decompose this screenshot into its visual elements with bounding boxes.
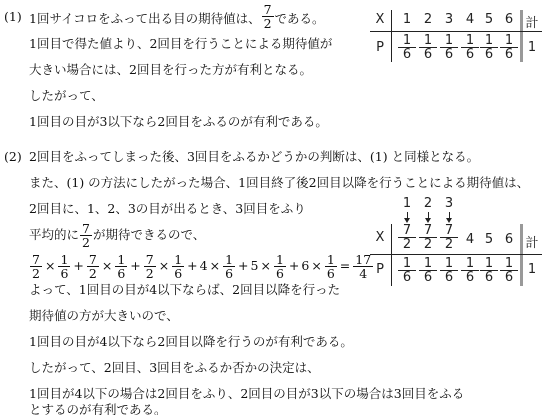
x-value: 5 — [480, 232, 498, 247]
p-value: 16 — [480, 257, 498, 284]
p-value: 16 — [461, 257, 479, 284]
divider — [520, 224, 523, 286]
x-value: 72 — [398, 224, 416, 251]
probability-table-2: 1 2 3 X P 72 72 72 4 5 6 計 16 16 16 16 1… — [0, 0, 542, 415]
p-value: 16 — [419, 257, 437, 284]
total-value: 1 — [526, 262, 538, 277]
divider — [370, 254, 542, 255]
arrow-label: 2 — [419, 196, 437, 211]
p-header: P — [371, 262, 389, 277]
x-header: X — [371, 230, 389, 245]
p-value: 16 — [440, 257, 458, 284]
x-value: 6 — [500, 232, 518, 247]
arrow-label: 3 — [440, 196, 458, 211]
total-header: 計 — [524, 232, 540, 251]
p-value: 16 — [398, 257, 416, 284]
divider — [391, 224, 392, 286]
x-value: 72 — [440, 224, 458, 251]
x-value: 4 — [461, 232, 479, 247]
x-value: 72 — [419, 224, 437, 251]
arrow-label: 1 — [398, 196, 416, 211]
p-value: 16 — [500, 257, 518, 284]
